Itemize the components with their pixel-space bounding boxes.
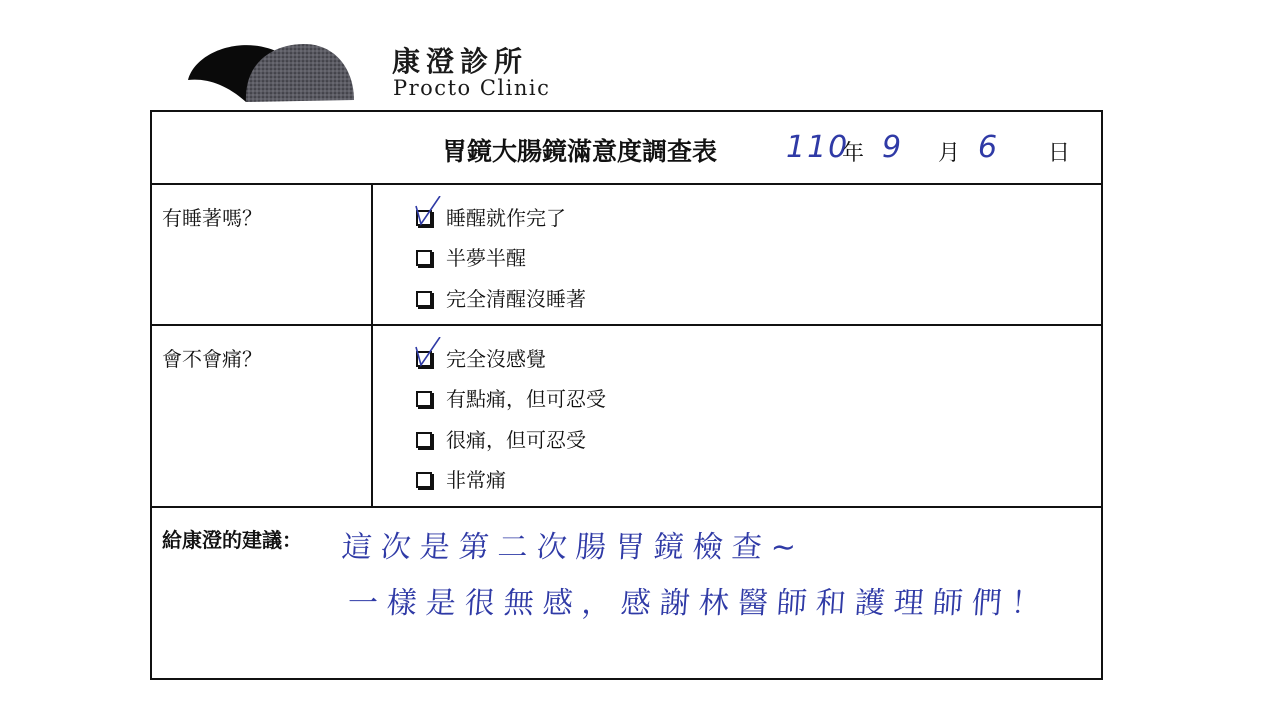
option-sleep-2[interactable]: 半夢半醒 <box>416 242 526 271</box>
option-pain-1[interactable]: 完全沒感覺 <box>416 343 546 372</box>
option-pain-3[interactable]: 很痛，但可忍受 <box>416 424 586 453</box>
clinic-logo-icon <box>186 40 356 102</box>
option-sleep-3[interactable]: 完全清醒沒睡著 <box>416 283 586 312</box>
divider <box>152 183 1101 185</box>
date-day[interactable]: 6 <box>978 130 997 165</box>
checkbox[interactable] <box>416 391 432 407</box>
form-title: 胃鏡大腸鏡滿意度調查表 <box>442 132 717 168</box>
checkbox[interactable] <box>416 432 432 448</box>
checkbox-checked[interactable] <box>416 210 432 226</box>
date-month[interactable]: 9 <box>882 130 901 165</box>
checkbox-checked[interactable] <box>416 351 432 367</box>
option-pain-4[interactable]: 非常痛 <box>416 464 506 493</box>
option-label: 半夢半醒 <box>446 242 526 271</box>
divider <box>152 506 1101 508</box>
divider <box>152 324 1101 326</box>
option-label: 完全清醒沒睡著 <box>446 283 586 312</box>
option-label: 很痛，但可忍受 <box>446 424 586 453</box>
option-label: 非常痛 <box>446 464 506 493</box>
option-sleep-1[interactable]: 睡醒就作完了 <box>416 202 566 231</box>
suggestion-line-1[interactable]: 這次是第二次腸胃鏡檢查~ <box>340 522 806 566</box>
checkbox[interactable] <box>416 250 432 266</box>
date-year-unit: 年 <box>842 136 864 167</box>
clinic-name-en: Procto Clinic <box>393 76 550 100</box>
date-day-unit: 日 <box>1048 136 1070 167</box>
question-sleep-label: 有睡著嗎？ <box>162 202 262 231</box>
survey-form: 胃鏡大腸鏡滿意度調查表 110 年 9 月 6 日 有睡著嗎？ 睡醒就作完了 半… <box>150 110 1103 680</box>
checkbox[interactable] <box>416 472 432 488</box>
suggestion-label: 給康澄的建議： <box>162 524 302 553</box>
checkmark-icon <box>412 337 442 373</box>
option-label: 有點痛，但可忍受 <box>446 383 606 412</box>
checkbox[interactable] <box>416 291 432 307</box>
option-pain-2[interactable]: 有點痛，但可忍受 <box>416 383 606 412</box>
date-year[interactable]: 110 <box>786 130 849 165</box>
column-divider <box>371 183 373 508</box>
option-label: 睡醒就作完了 <box>446 202 566 231</box>
question-pain-label: 會不會痛？ <box>162 343 262 372</box>
date-month-unit: 月 <box>938 136 960 167</box>
suggestion-line-2[interactable]: 一樣是很無感，感謝林醫師和護理師們！ <box>346 578 1051 622</box>
checkmark-icon <box>412 196 442 232</box>
clinic-name-cn: 康澄診所 <box>392 40 528 80</box>
option-label: 完全沒感覺 <box>446 343 546 372</box>
